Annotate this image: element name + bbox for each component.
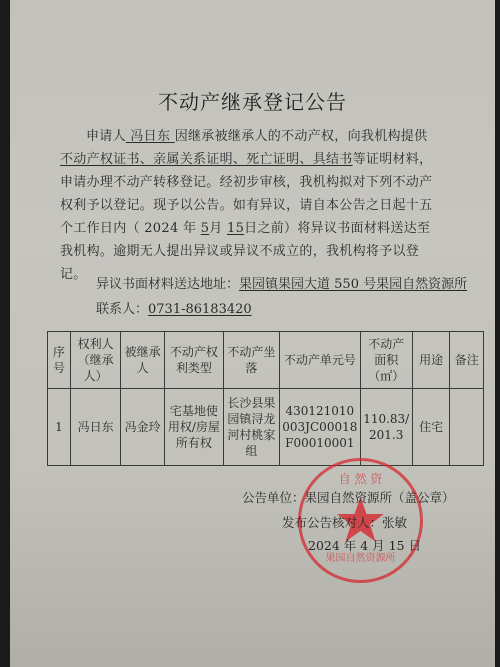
svg-text:自 然 资: 自 然 资 [339,471,384,486]
table-header-row: 序号 权利人（继承人） 被继承人 不动产权利类型 不动产坐落 不动产单元号 不动… [48,332,484,389]
applicant-name: 冯日东 [126,129,175,144]
contact-phone: 0731-86183420 [148,302,252,317]
contact-line: 联系人：0731-86183420 [96,298,252,317]
cell-unit-no: 430121010003JC00018F00010001 [280,389,361,466]
issuer-line: 公告单位：果园自然资源所（盖公章） [242,488,455,506]
objection-address: 异议书面材料送达地址：果园镇果园大道 550 号果园自然资源所 [96,273,467,292]
header-unit-no: 不动产单元号 [280,332,361,389]
deadline-day: 15 [227,221,244,236]
applicant-label: 申请人 [86,129,126,144]
cell-area: 110.83/201.3 [360,389,412,466]
month-label: 月 [209,221,227,236]
issuer-label: 公告单位： [242,490,305,505]
cell-usage: 住宅 [412,389,450,466]
header-location: 不动产坐落 [223,332,279,389]
notice-body: 申请人 冯日东 因继承被继承人的不动产权，向我机构提供不动产权证书、亲属关系证明… [60,125,440,286]
address-value: 果园镇果园大道 550 号果园自然资源所 [239,277,467,292]
body-text: 因继承被继承人的不动产权，向我机构提供 [175,129,428,144]
notice-paper: 不动产继承登记公告 申请人 冯日东 因继承被继承人的不动产权，向我机构提供不动产… [10,0,495,667]
address-label: 异议书面材料送达地址： [96,277,239,292]
contact-label: 联系人： [96,302,148,317]
document-title: 不动产继承登记公告 [10,86,495,115]
header-decedent: 被继承人 [121,332,165,389]
reviewer-line: 发布公告核对人：张敏 [282,513,407,531]
notice-paragraph: 申请人 冯日东 因继承被继承人的不动产权，向我机构提供不动产权证书、亲属关系证明… [60,125,440,286]
header-right-type: 不动产权利类型 [165,332,224,389]
cell-remark [450,389,484,466]
deadline-month: 5 [201,221,210,236]
cell-holder: 冯日东 [71,389,121,466]
header-seq: 序号 [48,332,71,389]
header-area: 不动产面积（㎡） [360,332,412,389]
header-holder: 权利人（继承人） [71,332,121,389]
cell-right-type: 宅基地使用权/房屋所有权 [165,389,224,466]
header-usage: 用途 [412,332,450,389]
header-remark: 备注 [450,332,484,389]
required-documents: 不动产权证书、亲属关系证明、死亡证明、具结书 [60,152,353,167]
cell-decedent: 冯金玲 [121,389,165,466]
table-row: 1 冯日东 冯金玲 宅基地使用权/房屋所有权 长沙县果园镇浔龙河村桃家组 430… [48,389,484,466]
property-table: 序号 权利人（继承人） 被继承人 不动产权利类型 不动产坐落 不动产单元号 不动… [47,331,484,466]
reviewer-value: 张敏 [382,515,407,530]
reviewer-label: 发布公告核对人： [282,515,382,530]
cell-seq: 1 [48,389,71,466]
cell-location: 长沙县果园镇浔龙河村桃家组 [223,389,279,466]
issuer-value: 果园自然资源所（盖公章） [305,490,455,505]
notice-date: 2024 年 4 月 15 日 [308,536,421,554]
